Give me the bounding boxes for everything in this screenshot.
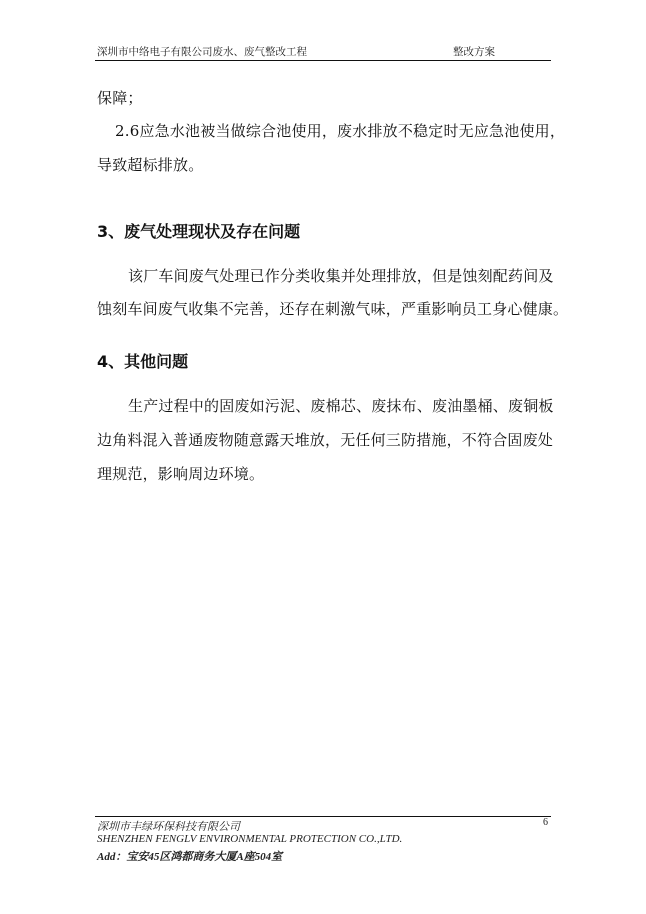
- section-heading-4: 4、其他问题: [97, 349, 188, 372]
- section-heading-3: 3、废气处理现状及存在问题: [97, 219, 300, 242]
- paragraph-line: 生产过程中的固废如污泥、废棉芯、废抹布、废油墨桶、废铜板: [128, 396, 588, 416]
- footer-company-cn: 深圳市丰绿环保科技有限公司: [97, 818, 240, 834]
- header-divider: [95, 60, 551, 61]
- paragraph-line: 该厂车间废气处理已作分类收集并处理排放，但是蚀刻配药间及: [128, 266, 588, 286]
- footer-company-en: SHENZHEN FENGLV ENVIRONMENTAL PROTECTION…: [97, 833, 402, 845]
- paragraph-line: 蚀刻车间废气收集不完善，还存在刺激气味，严重影响员工身心健康。: [97, 299, 557, 319]
- header-title: 深圳市中络电子有限公司废水、废气整改工程: [97, 44, 307, 59]
- paragraph-line: 导致超标排放。: [97, 155, 557, 175]
- page-number: 6: [543, 817, 548, 828]
- paragraph-line: 理规范，影响周边环境。: [97, 464, 557, 484]
- footer-address: Add：宝安45区鸿都商务大厦A座504室: [97, 848, 282, 864]
- header-doc-type: 整改方案: [453, 44, 495, 59]
- paragraph-line: 边角料混入普通废物随意露天堆放，无任何三防措施，不符合固废处: [97, 430, 557, 450]
- paragraph-line: 保障；: [97, 88, 557, 108]
- paragraph-line: 2.6应急水池被当做综合池使用，废水排放不稳定时无应急池使用，: [115, 121, 575, 141]
- footer-divider: [95, 816, 551, 817]
- page-header: 深圳市中络电子有限公司废水、废气整改工程 整改方案: [95, 44, 551, 60]
